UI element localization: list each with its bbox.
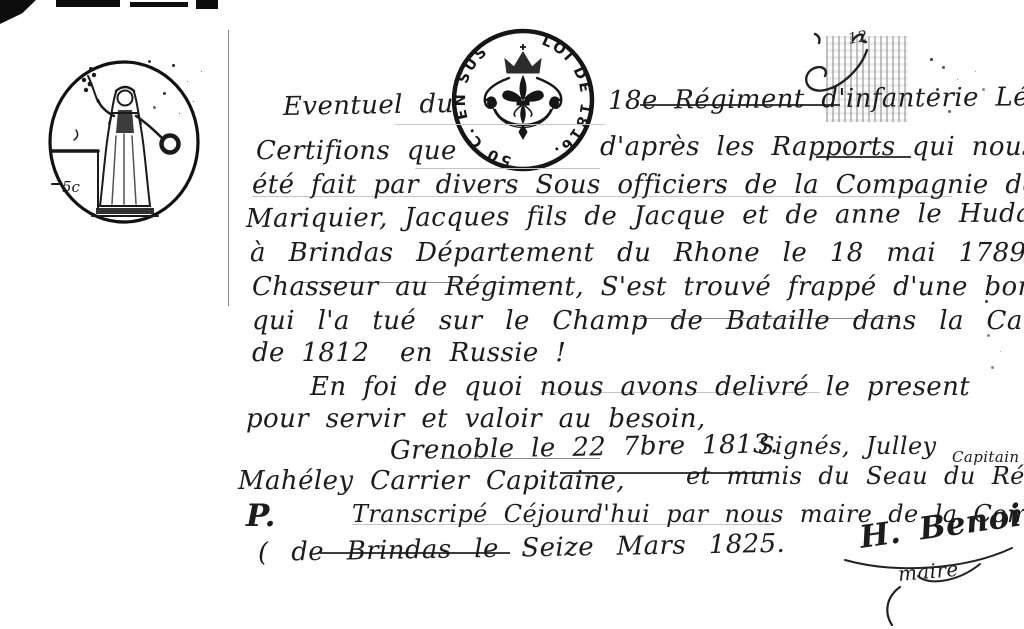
handwritten-line-2-left: Certifions que	[256, 136, 457, 166]
handwritten-line-7: qui l'a tué sur le Champ de Bataille dan…	[252, 306, 1024, 336]
handwritten-line-8-left: de 1812	[252, 338, 369, 368]
svg-text:50 C. EN SUS: 50 C. EN SUS	[453, 43, 513, 169]
ruled-blank	[395, 124, 605, 125]
handwritten-line-12-right: et munis du Seau du Régimt	[686, 462, 1024, 490]
handwritten-line-5: à Brindas Département du Rhone le 18 mai…	[250, 238, 1024, 268]
ruled-blank	[415, 168, 600, 169]
scan-edge-dash	[130, 2, 188, 7]
flourish-paren-icon	[878, 585, 908, 627]
handwritten-line-6: Chasseur au Régiment, S'est trouvé frapp…	[252, 272, 1024, 302]
medallion-denomination: 5c	[62, 178, 81, 196]
tax-stamp-left-text: 50 C. EN SUS	[453, 43, 513, 169]
handwritten-line-2-right: d'après les Rapports qui nous ont	[600, 132, 1024, 162]
handwritten-line-10: pour servir et valoir au besoin,	[246, 404, 706, 434]
revenue-medallion-stamp: 5c	[46, 58, 204, 226]
fleur-de-lis-icon	[485, 76, 562, 139]
handwritten-line-11-left: Grenoble le 22 7bre 1813.	[390, 429, 779, 466]
handwritten-line-13-left: P.	[246, 498, 276, 534]
handwritten-line-3: été fait par divers Sous officiers de la…	[252, 170, 1024, 200]
signature-flourish-icon	[840, 542, 1020, 592]
corner-annotation: 12	[846, 27, 869, 48]
svg-text:LOI DE 1816.: LOI DE 1816.	[539, 33, 593, 161]
scan-edge-dash	[56, 0, 120, 7]
tax-stamp-50c: 50 C. EN SUS LOI DE 1816.	[449, 26, 597, 174]
tax-stamp-right-text: LOI DE 1816.	[539, 33, 593, 161]
handwritten-line-1-left: Eventuel du	[283, 89, 454, 122]
handwritten-line-9: En foi de quoi nous avons delivré le pre…	[310, 372, 970, 402]
scan-edge-blob	[0, 0, 36, 24]
handwritten-line-12-left: Mahéley Carrier Capitaine,	[238, 466, 625, 496]
handwritten-line-14: ( de Brindas le Seize Mars 1825.	[258, 529, 786, 568]
handwritten-line-11-mid: Signés, Julley	[758, 432, 937, 460]
handwritten-line-1-right: 18e Régiment d'infanterie Léger:	[608, 82, 1024, 116]
scanned-document: 5c 50 C. EN SUS LOI DE 1816.	[0, 0, 1024, 629]
fold-line	[228, 30, 229, 306]
crown-icon	[505, 44, 541, 73]
handwritten-line-4: Mariquier, Jacques fils de Jacque et de …	[246, 198, 1024, 234]
scan-edge-dash	[196, 0, 218, 9]
handwritten-line-8-right: en Russie !	[400, 338, 566, 368]
scan-noise	[930, 58, 933, 61]
